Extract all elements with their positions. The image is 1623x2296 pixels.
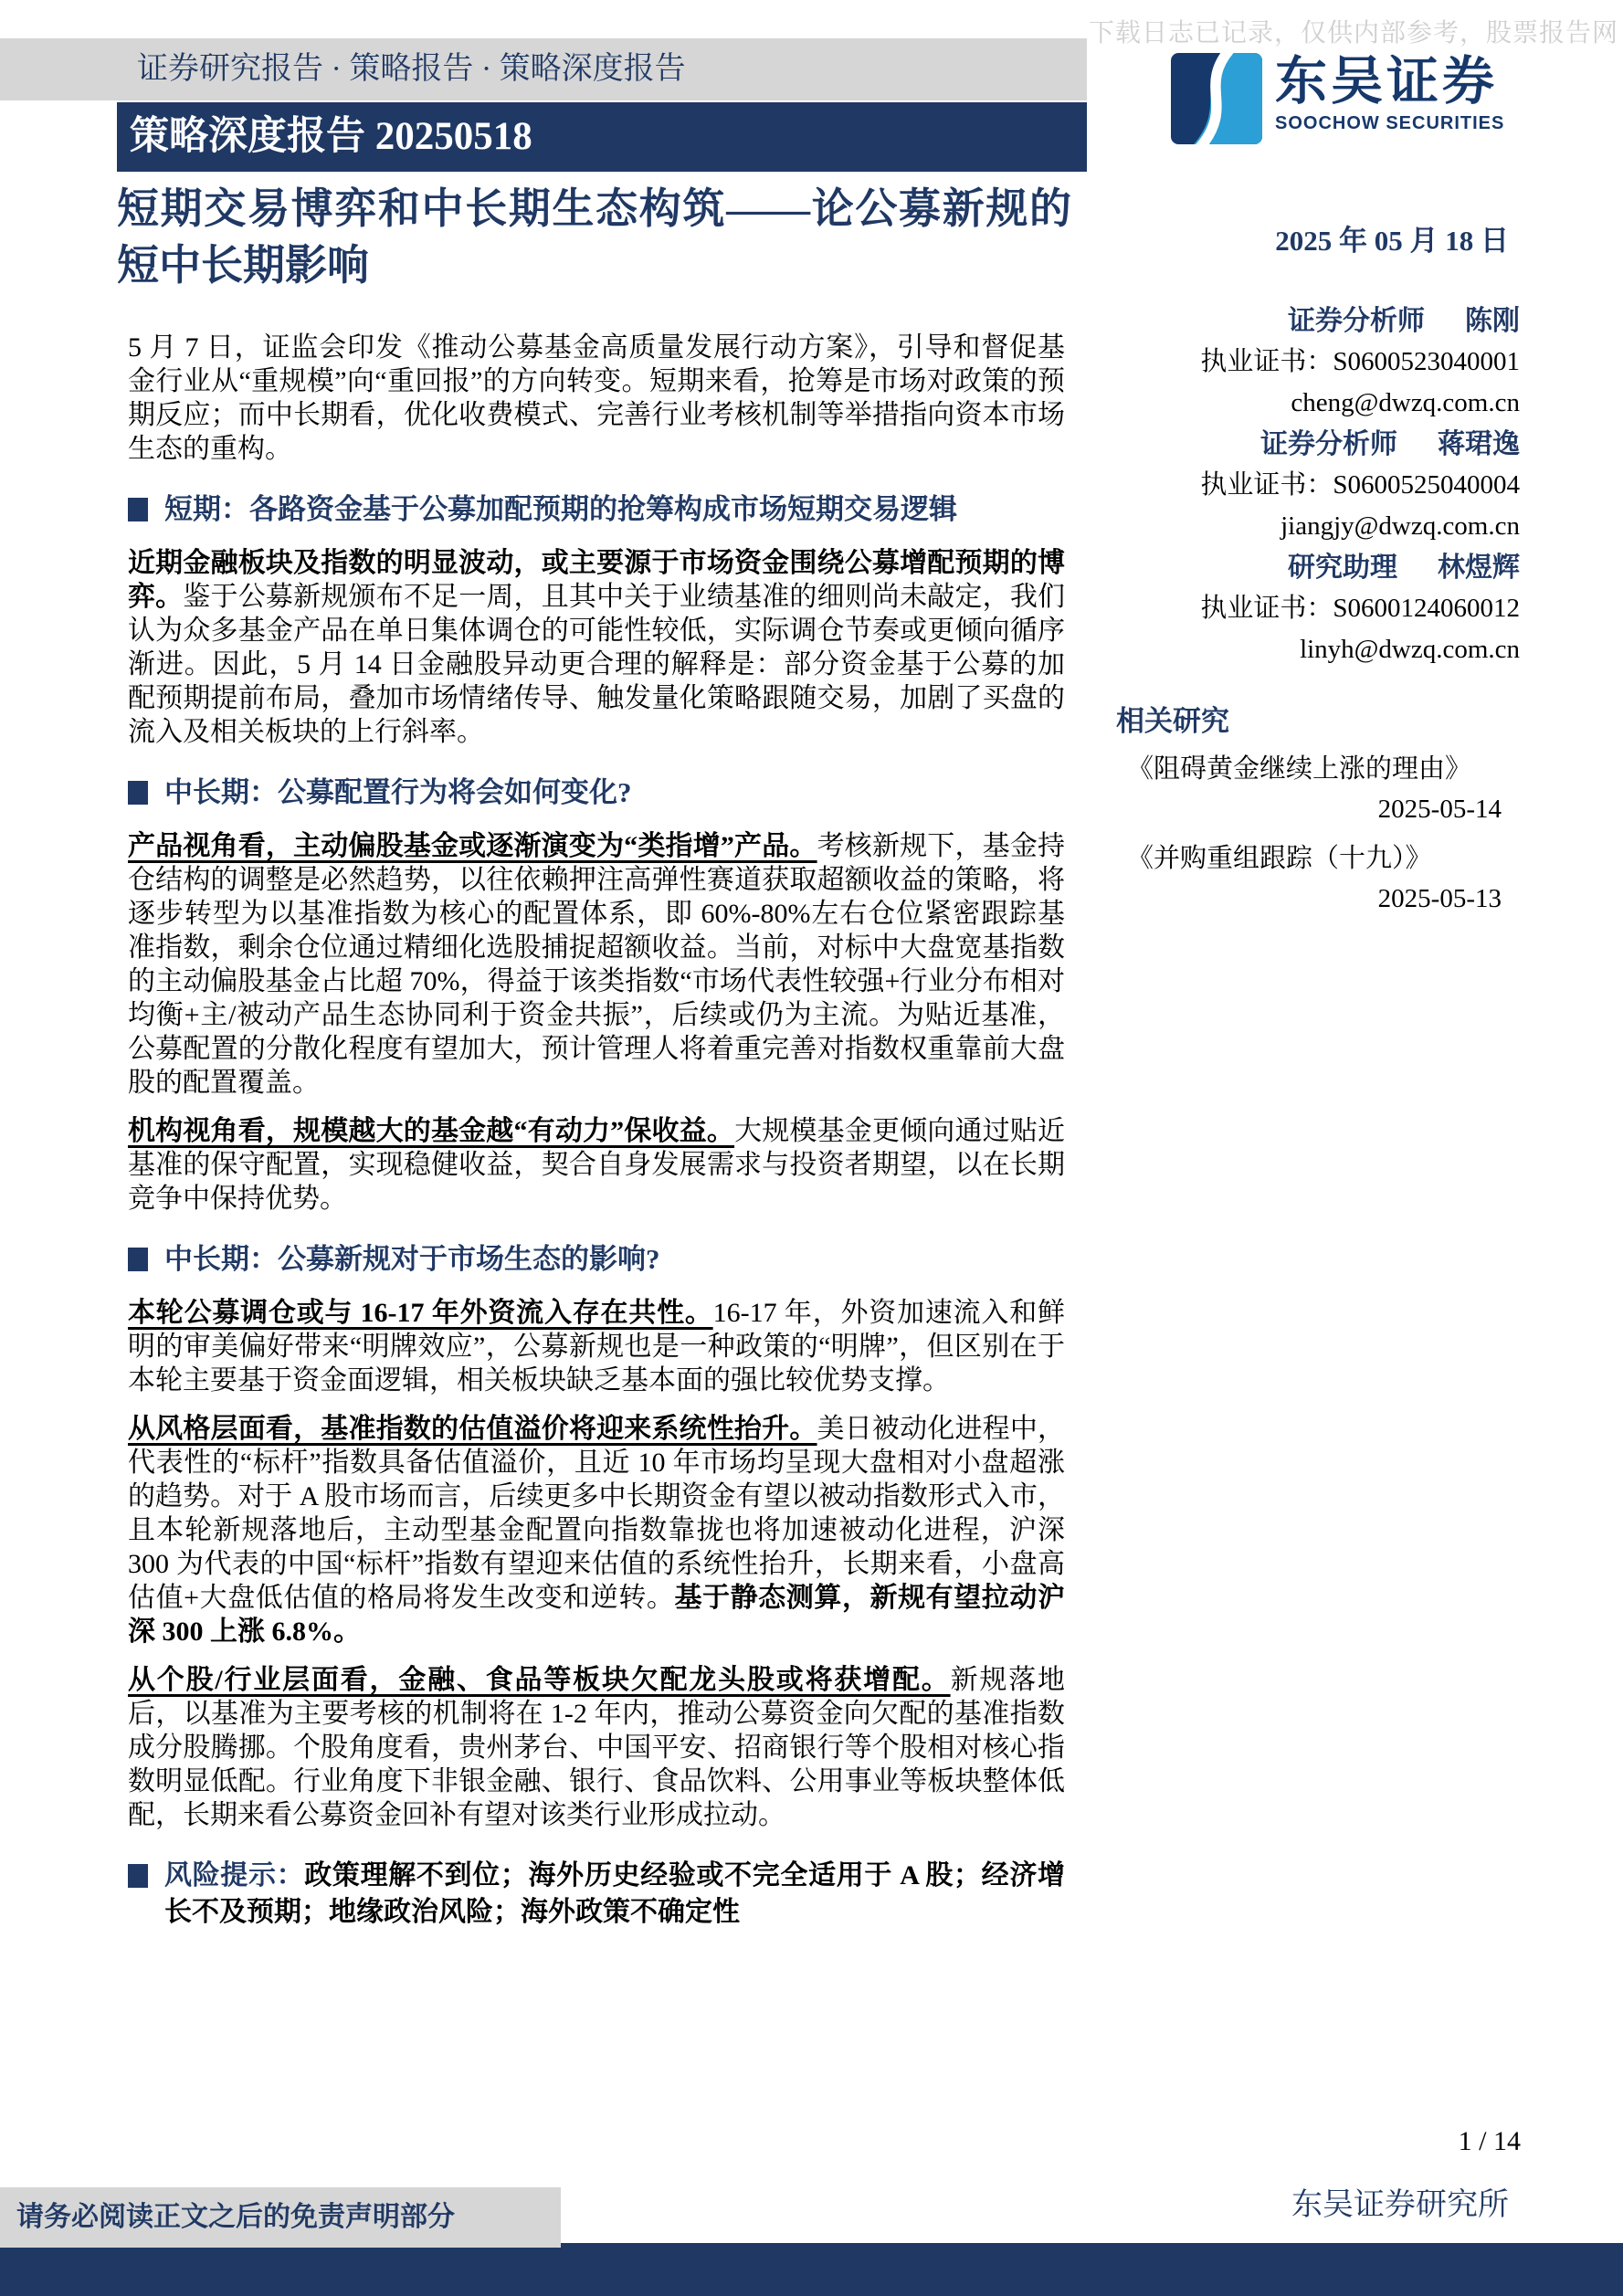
analyst-block: 证券分析师蒋珺逸 执业证书：S0600525040004 jiangjy@dwz…	[1116, 424, 1520, 547]
cert-label: 执业证书：	[1200, 594, 1333, 623]
intro-text: 5 月 7 日，证监会印发《推动公募基金高质量发展行动方案》，引导和督促基金行业…	[128, 332, 1065, 464]
paragraph-stock-industry-view: 从个股/行业层面看，金融、食品等板块欠配龙头股或将获增配。新规落地后，以基准为主…	[128, 1663, 1065, 1832]
cert-label: 执业证书：	[1200, 470, 1333, 500]
paragraph-institution-view: 机构视角看，规模越大的基金越“有动力”保收益。大规模基金更倾向通过贴近基准的保守…	[128, 1114, 1065, 1216]
section-heading-short-term: 短期：各路资金基于公募加配预期的抢筹构成市场短期交易逻辑	[128, 491, 1065, 528]
paragraph-lead: 本轮公募调仓或与 16-17 年外资流入存在共性。	[128, 1298, 713, 1328]
analyst-email: cheng@dwzq.com.cn	[1116, 383, 1520, 424]
paragraph-lead: 从风格层面看，基准指数的估值溢价将迎来系统性抬升。	[128, 1414, 817, 1444]
risk-warning-label: 风险提示：	[164, 1860, 304, 1891]
analyst-cert-line: 执业证书：S0600523040001	[1116, 342, 1520, 383]
cert-number: S0600525040004	[1333, 470, 1520, 500]
section-heading-text: 短期：各路资金基于公募加配预期的抢筹构成市场短期交易逻辑	[164, 491, 957, 528]
paragraph-rest: 鉴于公募新规颁布不足一周，且其中关于业绩基准的细则尚未敲定，我们认为众多基金产品…	[128, 582, 1065, 747]
related-research-heading: 相关研究	[1116, 701, 1520, 742]
risk-warning-paragraph: 风险提示：政策理解不到位；海外历史经验或不完全适用于 A 股；经济增长不及预期；…	[164, 1858, 1065, 1931]
cert-label: 执业证书：	[1200, 347, 1333, 376]
paragraph-lead: 机构视角看，规模越大的基金越“有动力”保收益。	[128, 1116, 734, 1146]
research-institute-label: 东吴证券研究所	[1291, 2179, 1509, 2224]
cert-number: S0600523040001	[1333, 347, 1520, 376]
analyst-block: 研究助理林煜辉 执业证书：S0600124060012 linyh@dwzq.c…	[1116, 547, 1520, 670]
analyst-name: 林煜辉	[1438, 553, 1520, 583]
related-item-title: 《并购重组跟踪（十九）》	[1116, 838, 1520, 879]
paragraph-style-view: 从风格层面看，基准指数的估值溢价将迎来系统性抬升。美日被动化进程中，代表性的“标…	[128, 1412, 1065, 1648]
analyst-name: 蒋珺逸	[1438, 429, 1520, 459]
related-item-date: 2025-05-13	[1116, 879, 1520, 919]
report-type-label: 策略深度报告 20250518	[117, 102, 1087, 172]
analyst-block: 证券分析师陈刚 执业证书：S0600523040001 cheng@dwzq.c…	[1116, 300, 1520, 424]
section-heading-text: 中长期：公募配置行为将会如何变化?	[164, 774, 632, 811]
square-bullet-icon	[128, 1248, 148, 1271]
section-heading-text: 中长期：公募新规对于市场生态的影响?	[164, 1241, 660, 1278]
sidebar: 2025 年 05 月 18 日 证券分析师陈刚 执业证书：S060052304…	[1116, 217, 1520, 928]
analyst-role-line: 证券分析师蒋珺逸	[1116, 424, 1520, 465]
section-heading-mid-term-allocation: 中长期：公募配置行为将会如何变化?	[128, 774, 1065, 811]
paragraph-lead: 从个股/行业层面看，金融、食品等板块欠配龙头股或将获增配。	[128, 1665, 951, 1695]
analyst-role-line: 证券分析师陈刚	[1116, 300, 1520, 342]
cert-number: S0600124060012	[1333, 594, 1520, 623]
watermark-text: 下载日志已记录，仅供内部参考，股票报告网	[1089, 13, 1623, 49]
soochow-logo-mark-icon	[1171, 53, 1262, 144]
page-number: 1 / 14	[1459, 2126, 1521, 2157]
square-bullet-icon	[128, 781, 148, 805]
analyst-role: 证券分析师	[1288, 306, 1425, 336]
related-item-date: 2025-05-14	[1116, 789, 1520, 829]
report-title: 短期交易博弈和中长期生态构筑——论公募新规的短中长期影响	[117, 181, 1071, 294]
section-heading-mid-term-ecosystem: 中长期：公募新规对于市场生态的影响?	[128, 1241, 1065, 1278]
square-bullet-icon	[128, 1864, 148, 1888]
soochow-logo: 东吴证券 SOOCHOW SECURITIES	[1171, 53, 1504, 144]
intro-paragraph: 5 月 7 日，证监会印发《推动公募基金高质量发展行动方案》，引导和督促基金行业…	[128, 331, 1065, 466]
analyst-email: linyh@dwzq.com.cn	[1116, 629, 1520, 670]
paragraph-rest: 考核新规下，基金持仓结构的调整是必然趋势，以往依赖押注高弹性赛道获取超额收益的策…	[128, 831, 1065, 1098]
header-strip: 证券研究报告 · 策略报告 · 策略深度报告	[0, 38, 1087, 100]
analyst-role: 研究助理	[1288, 553, 1397, 583]
related-item-title: 《阻碍黄金继续上涨的理由》	[1116, 749, 1520, 789]
analyst-role-line: 研究助理林煜辉	[1116, 547, 1520, 588]
soochow-logo-text: 东吴证券 SOOCHOW SECURITIES	[1275, 53, 1504, 135]
analyst-cert-line: 执业证书：S0600124060012	[1116, 588, 1520, 629]
square-bullet-icon	[128, 498, 148, 521]
bottom-navy-band	[0, 2243, 1623, 2296]
paragraph-short-term: 近期金融板块及指数的明显波动，或主要源于市场资金围绕公募增配预期的博弈。鉴于公募…	[128, 546, 1065, 749]
logo-english-name: SOOCHOW SECURITIES	[1275, 111, 1504, 135]
paragraph-lead: 产品视角看，主动偏股基金或逐渐演变为“类指增”产品。	[128, 831, 817, 861]
analyst-role: 证券分析师	[1260, 429, 1397, 459]
analyst-email: jiangjy@dwzq.com.cn	[1116, 506, 1520, 547]
header-strip-label: 证券研究报告 · 策略报告 · 策略深度报告	[0, 38, 1087, 100]
disclaimer-box: 请务必阅读正文之后的免责声明部分	[0, 2187, 561, 2248]
report-type-band: 策略深度报告 20250518	[117, 102, 1087, 172]
disclaimer-text: 请务必阅读正文之后的免责声明部分	[0, 2187, 561, 2248]
related-research: 相关研究 《阻碍黄金继续上涨的理由》 2025-05-14 《并购重组跟踪（十九…	[1116, 701, 1520, 919]
report-body: 5 月 7 日，证监会印发《推动公募基金高质量发展行动方案》，引导和督促基金行业…	[128, 331, 1065, 1949]
paragraph-product-view: 产品视角看，主动偏股基金或逐渐演变为“类指增”产品。考核新规下，基金持仓结构的调…	[128, 829, 1065, 1100]
analyst-cert-line: 执业证书：S0600525040004	[1116, 465, 1520, 506]
risk-warning-section: 风险提示：政策理解不到位；海外历史经验或不完全适用于 A 股；经济增长不及预期；…	[128, 1858, 1065, 1931]
logo-chinese-name: 东吴证券	[1275, 53, 1504, 111]
report-date: 2025 年 05 月 18 日	[1116, 217, 1520, 258]
paragraph-foreign-inflow: 本轮公募调仓或与 16-17 年外资流入存在共性。16-17 年，外资加速流入和…	[128, 1296, 1065, 1397]
analyst-name: 陈刚	[1465, 306, 1520, 336]
